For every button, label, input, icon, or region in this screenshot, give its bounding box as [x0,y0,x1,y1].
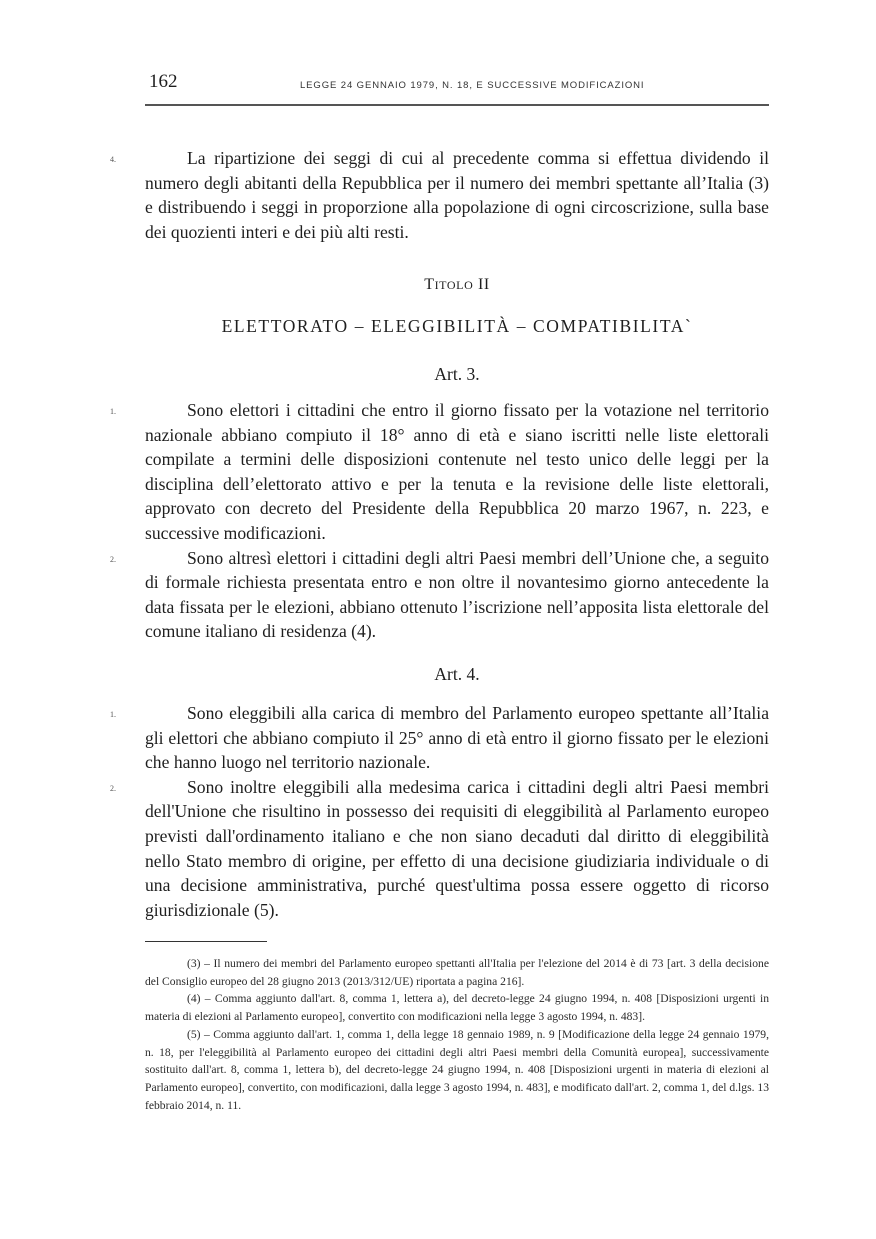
titolo-smallcaps: ITOLO [435,278,474,292]
paragraph-text: Sono elettori i cittadini che entro il g… [145,400,769,543]
paragraph-number: 1. [110,703,116,728]
running-head: LEGGE 24 GENNAIO 1979, N. 18, E SUCCESSI… [300,80,644,91]
titolo-number: II [473,276,489,293]
paragraph-text: Sono eleggibili alla carica di membro de… [145,703,769,772]
header-rule [145,104,769,106]
article-3-paragraph-1: 1.Sono elettori i cittadini che entro il… [145,398,769,546]
article-4-body: 1.Sono eleggibili alla carica di membro … [145,701,769,922]
paragraph-number: 1. [110,400,116,425]
article-4-paragraph-1: 1.Sono eleggibili alla carica di membro … [145,701,769,775]
footnotes: (3) – Il numero dei membri del Parlament… [145,955,769,1114]
paragraph-4: 4.La ripartizione dei seggi di cui al pr… [145,146,769,244]
intro-section: 4.La ripartizione dei seggi di cui al pr… [145,146,769,244]
paragraph-number: 2. [110,548,116,573]
titolo-label: TITOLO II [145,276,769,294]
footnote-3: (3) – Il numero dei membri del Parlament… [145,955,769,990]
page-number: 162 [149,71,178,93]
titolo-initial: T [424,276,434,293]
paragraph-text: Sono inoltre eleggibili alla medesima ca… [145,777,769,920]
footnote-5: (5) – Comma aggiunto dall'art. 1, comma … [145,1026,769,1115]
paragraph-number: 2. [110,777,116,802]
article-3-paragraph-2: 2.Sono altresì elettori i cittadini degl… [145,546,769,644]
paragraph-text: La ripartizione dei seggi di cui al prec… [145,148,769,242]
article-4-paragraph-2: 2.Sono inoltre eleggibili alla medesima … [145,775,769,923]
article-3-body: 1.Sono elettori i cittadini che entro il… [145,398,769,644]
paragraph-number: 4. [110,148,116,173]
article-3-label: Art. 3. [145,364,769,385]
section-heading: ELETTORATO – ELEGGIBILITÀ – COMPATIBILIT… [145,316,769,337]
article-4-label: Art. 4. [145,664,769,685]
footnote-rule [145,941,267,942]
paragraph-text: Sono altresì elettori i cittadini degli … [145,548,769,642]
footnote-4: (4) – Comma aggiunto dall'art. 8, comma … [145,990,769,1025]
